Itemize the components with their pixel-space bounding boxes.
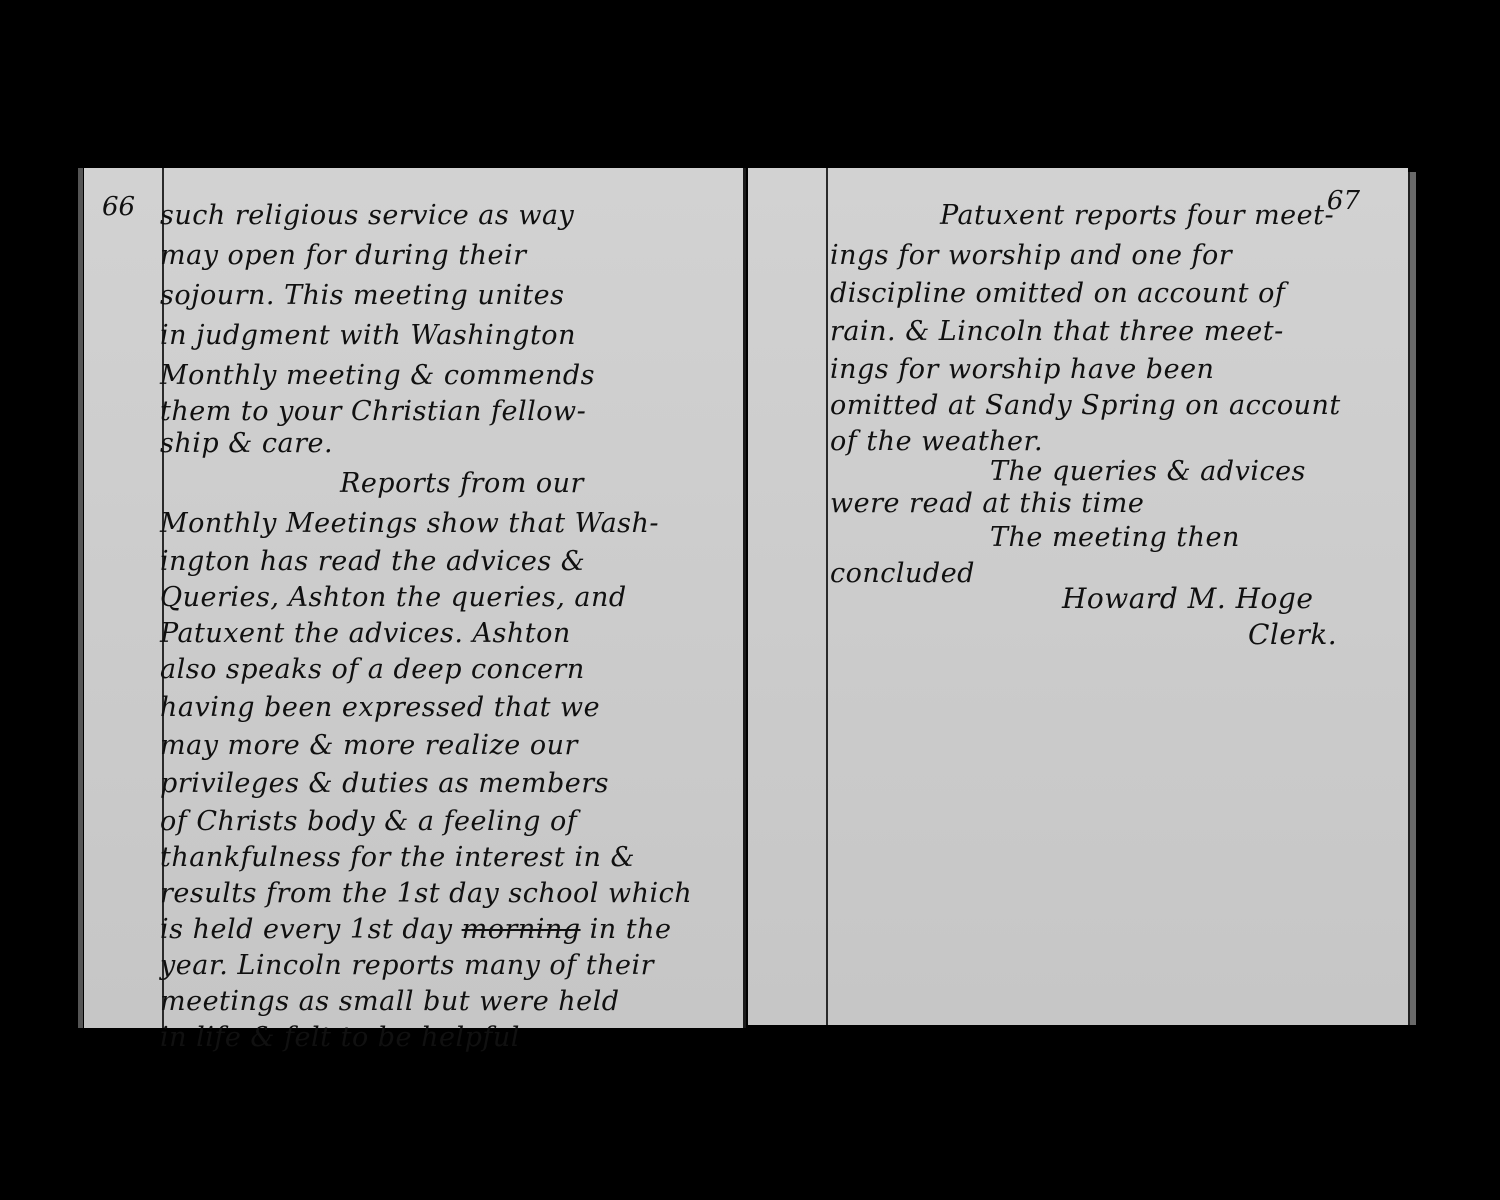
signature-title: Clerk. (1248, 618, 1337, 651)
right-margin-rule (826, 168, 828, 1025)
handwritten-line: also speaks of a deep concern (160, 654, 585, 685)
handwritten-line: year. Lincoln reports many of their (160, 950, 654, 981)
handwritten-line: thankfulness for the interest in & (160, 842, 635, 873)
book-edge-right (1408, 172, 1416, 1025)
signature-name: Howard M. Hoge (1062, 582, 1313, 615)
handwritten-line: meetings as small but were held (160, 986, 620, 1017)
handwritten-line: of the weather. (830, 426, 1043, 457)
handwritten-line: omitted at Sandy Spring on account (830, 390, 1341, 421)
handwritten-line: ship & care. (160, 428, 333, 459)
handwritten-line: ings for worship and one for (830, 240, 1232, 271)
handwritten-line: The meeting then (990, 522, 1240, 553)
handwritten-line: ington has read the advices & (160, 546, 585, 577)
handwritten-line: Monthly meeting & commends (160, 360, 595, 391)
book-spine (743, 168, 746, 1028)
handwritten-line: sojourn. This meeting unites (160, 280, 564, 311)
handwritten-line: in judgment with Washington (160, 320, 576, 351)
struck-word: morning (462, 914, 581, 945)
handwritten-line: were read at this time (830, 488, 1144, 519)
handwritten-line: results from the 1st day school which (160, 878, 692, 909)
handwritten-line: of Christs body & a feeling of (160, 806, 577, 837)
handwritten-line: The queries & advices (990, 456, 1306, 487)
handwritten-line: having been expressed that we (160, 692, 600, 723)
book-edge-left (78, 168, 83, 1028)
handwritten-line: may open for during their (160, 240, 527, 271)
handwritten-line: such religious service as way (160, 200, 574, 231)
handwritten-line: discipline omitted on account of (830, 278, 1285, 309)
handwritten-line: concluded (830, 558, 975, 589)
handwritten-line: may more & more realize our (160, 730, 578, 761)
handwritten-line: Patuxent the advices. Ashton (160, 618, 571, 649)
handwritten-line: is held every 1st day morning in the (160, 914, 671, 945)
handwritten-line: Reports from our (340, 468, 584, 499)
page-number-left: 66 (102, 192, 135, 222)
handwritten-line: Monthly Meetings show that Wash- (160, 508, 659, 539)
handwritten-line: rain. & Lincoln that three meet- (830, 316, 1284, 347)
handwritten-line: in life & felt to be helpful (160, 1022, 520, 1053)
handwritten-line: ings for worship have been (830, 354, 1214, 385)
handwritten-line: Patuxent reports four meet- (940, 200, 1334, 231)
handwritten-line: them to your Christian fellow- (160, 396, 586, 427)
handwritten-line: Queries, Ashton the queries, and (160, 582, 627, 613)
handwritten-line: privileges & duties as members (160, 768, 609, 799)
